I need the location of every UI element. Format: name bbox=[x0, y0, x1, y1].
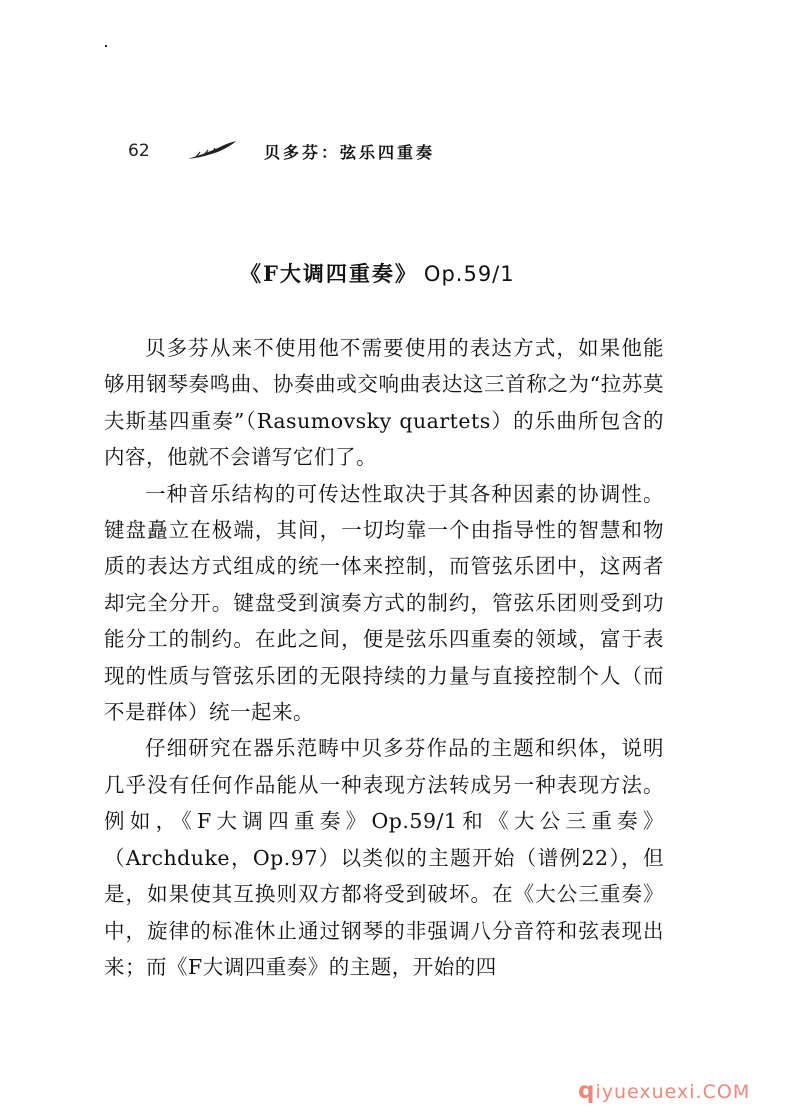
running-head-title: 贝多芬：弦乐四重奏 bbox=[264, 140, 435, 163]
watermark: qiyuexuexi.COM bbox=[578, 1078, 750, 1104]
paragraph: 仔细研究在器乐范畴中贝多芬作品的主题和织体，说明几乎没有任何作品能从一种表现方法… bbox=[104, 730, 664, 985]
watermark-logo-letter: q bbox=[578, 1078, 595, 1104]
scan-speck bbox=[105, 45, 107, 47]
chapter-title-text: 《F大调四重奏》 bbox=[240, 261, 418, 286]
watermark-text: iyuexuexi.COM bbox=[595, 1081, 750, 1103]
chapter-title: 《F大调四重奏》Op.59/1 bbox=[240, 258, 515, 288]
quill-flourish-icon bbox=[186, 140, 238, 162]
body-text: 贝多芬从来不使用他不需要使用的表达方式，如果他能够用钢琴奏鸣曲、协奏曲或交响曲表… bbox=[104, 330, 664, 985]
page-number: 62 bbox=[128, 141, 186, 161]
running-head: 62 贝多芬：弦乐四重奏 bbox=[128, 138, 435, 164]
chapter-opus: Op.59/1 bbox=[424, 262, 515, 286]
paragraph: 贝多芬从来不使用他不需要使用的表达方式，如果他能够用钢琴奏鸣曲、协奏曲或交响曲表… bbox=[104, 330, 664, 476]
paragraph: 一种音乐结构的可传达性取决于其各种因素的协调性。键盘矗立在极端，其间，一切均靠一… bbox=[104, 476, 664, 731]
